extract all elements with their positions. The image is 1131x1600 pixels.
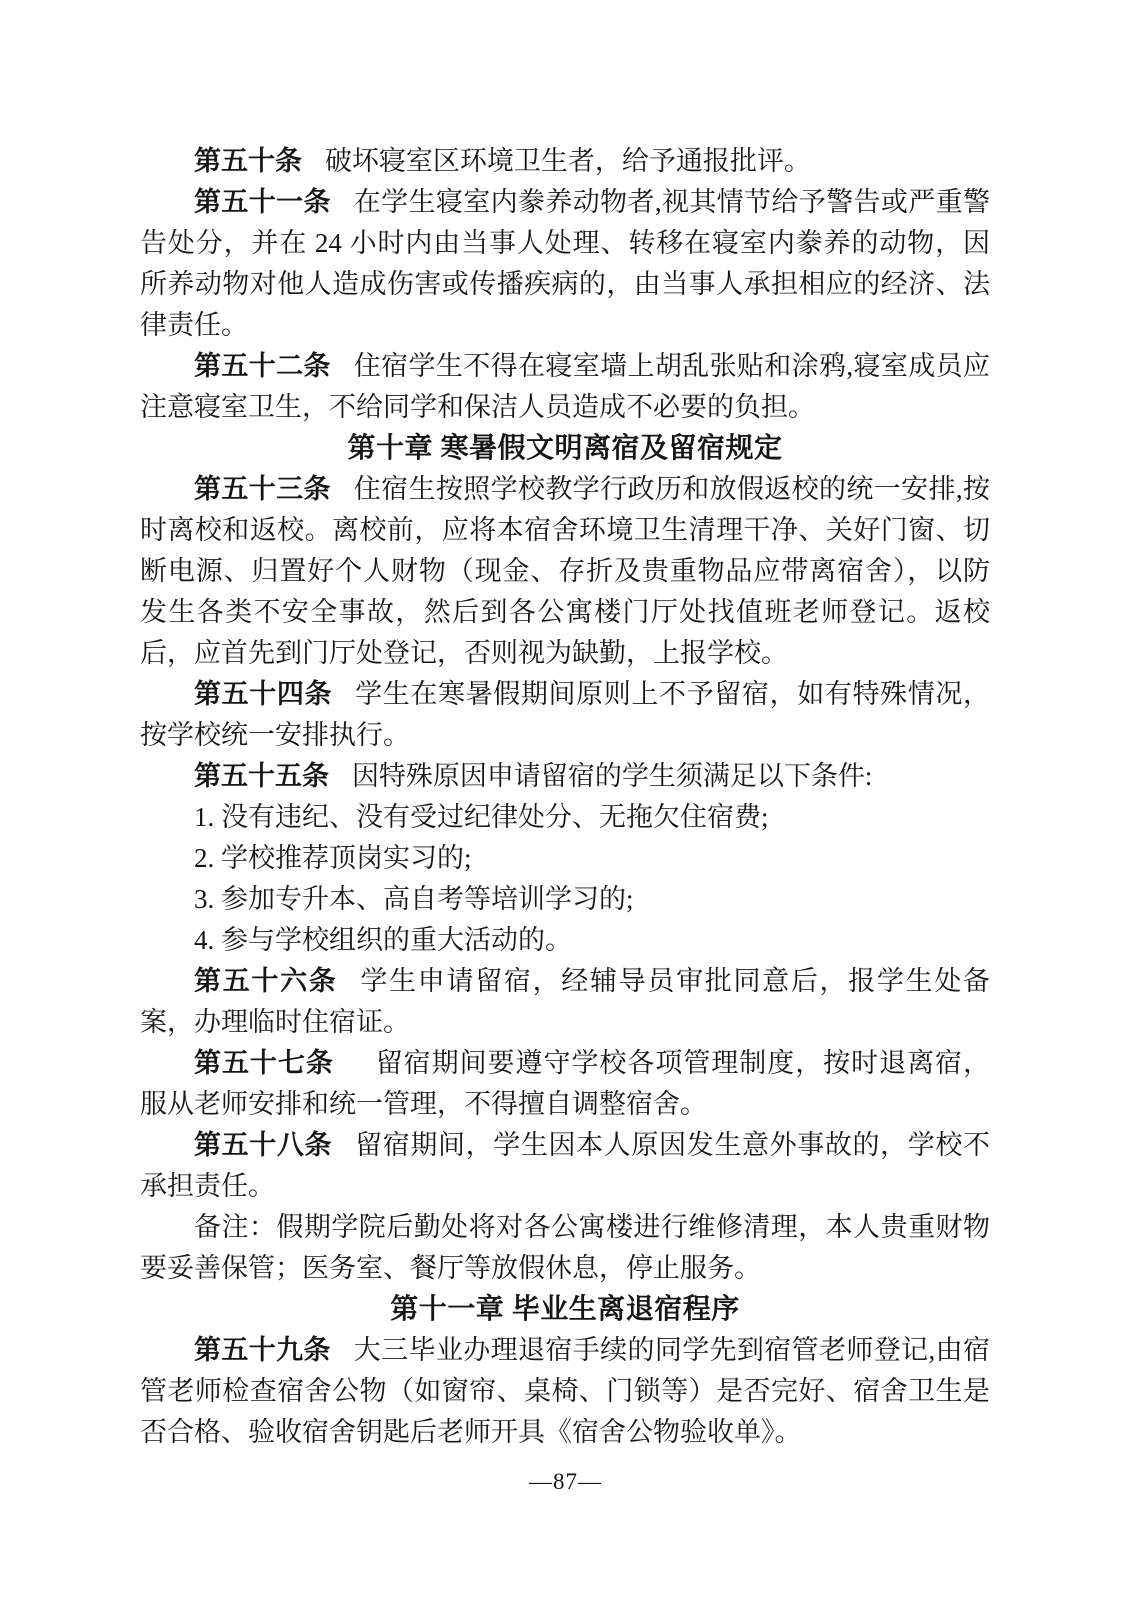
article-number: 第五十二条 — [194, 351, 331, 381]
article-paragraph: 第五十九条大三毕业办理退宿手续的同学先到宿管老师登记,由宿管老师检查宿舍公物（如… — [140, 1330, 990, 1453]
article-number: 第五十八条 — [194, 1130, 332, 1160]
article-paragraph: 第五十七条留宿期间要遵守学校各项管理制度，按时退离宿，服从老师安排和统一管理，不… — [140, 1043, 990, 1125]
article-text: 因特殊原因申请留宿的学生须满足以下条件: — [352, 761, 873, 791]
paragraph: 备注：假期学院后勤处将对各公寓楼进行维修清理，本人贵重财物要妥善保管；医务室、餐… — [140, 1207, 990, 1289]
article-number: 第五十五条 — [194, 761, 329, 791]
article-number: 第五十一条 — [194, 187, 331, 217]
article-paragraph: 第五十三条住宿生按照学校教学行政历和放假返校的统一安排,按时离校和返校。离校前，… — [140, 469, 990, 674]
article-number: 第五十六条 — [194, 966, 337, 996]
paragraph: 1. 没有违纪、没有受过纪律处分、无拖欠住宿费; — [140, 797, 990, 838]
document-page: 第五十条破坏寝室区环境卫生者，给予通报批评。第五十一条在学生寝室内豢养动物者,视… — [0, 0, 1131, 1600]
article-paragraph: 第五十一条在学生寝室内豢养动物者,视其情节给予警告或严重警告处分，并在 24 小… — [140, 182, 990, 346]
article-text: 破坏寝室区环境卫生者，给予通报批评。 — [325, 146, 811, 176]
article-paragraph: 第五十四条学生在寒暑假期间原则上不予留宿，如有特殊情况，按学校统一安排执行。 — [140, 674, 990, 756]
article-paragraph: 第五十六条学生申请留宿，经辅导员审批同意后，报学生处备案，办理临时住宿证。 — [140, 961, 990, 1043]
paragraph: 2. 学校推荐顶岗实习的; — [140, 838, 990, 879]
article-number: 第五十四条 — [194, 679, 332, 709]
article-paragraph: 第五十二条住宿学生不得在寝室墙上胡乱张贴和涂鸦,寝室成员应注意寝室卫生，不给同学… — [140, 346, 990, 428]
article-number: 第五十九条 — [194, 1335, 331, 1365]
document-body: 第五十条破坏寝室区环境卫生者，给予通报批评。第五十一条在学生寝室内豢养动物者,视… — [140, 141, 990, 1453]
article-number: 第五十三条 — [194, 474, 331, 504]
paragraph: 3. 参加专升本、高自考等培训学习的; — [140, 879, 990, 920]
paragraph: 4. 参与学校组织的重大活动的。 — [140, 920, 990, 961]
article-number: 第五十条 — [194, 146, 302, 176]
page-number: —87— — [0, 1467, 1131, 1497]
article-paragraph: 第五十八条留宿期间，学生因本人原因发生意外事故的，学校不承担责任。 — [140, 1125, 990, 1207]
article-paragraph: 第五十五条因特殊原因申请留宿的学生须满足以下条件: — [140, 756, 990, 797]
article-number: 第五十七条 — [194, 1048, 334, 1078]
chapter-heading: 第十一章 毕业生离退宿程序 — [140, 1289, 990, 1330]
chapter-heading: 第十章 寒暑假文明离宿及留宿规定 — [140, 428, 990, 469]
article-paragraph: 第五十条破坏寝室区环境卫生者，给予通报批评。 — [140, 141, 990, 182]
